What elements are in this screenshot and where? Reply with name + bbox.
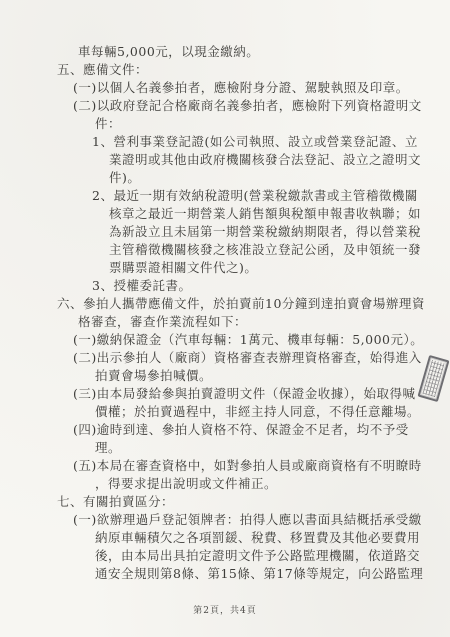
text-line: 納原車輛積欠之各項罰鍰、稅費、移置費及其他必要費用 — [0, 529, 450, 547]
text-line: (二)以政府登記合格廠商名義參拍者，應檢附下列資格證明文 — [0, 97, 450, 115]
text-line: (一)欲辦理過戶登記領牌者：拍得人應以書面具結概括承受繳 — [0, 511, 450, 529]
document-body: 車每輛5,000元，以現金繳納。 五、應備文件： (一)以個人名義參拍者，應檢附… — [0, 43, 450, 583]
text-line: 七、有關拍賣區分： — [0, 493, 450, 511]
text-line: (五)本局在審查資格中，如對參拍人員或廠商資格有不明瞭時 — [0, 457, 450, 475]
text-line: 業證明或其他由政府機關核發合法登記、設立之證明文 — [0, 151, 450, 169]
text-line: 拍賣會場參拍喊價。 — [0, 367, 450, 385]
text-line: (四)逾時到達、參拍人資格不符、保證金不足者，均不予受 — [0, 421, 450, 439]
text-line: 車每輛5,000元，以現金繳納。 — [0, 43, 450, 61]
text-line: (一)繳納保證金（汽車每輛：1萬元、機車每輛：5,000元）。 — [0, 331, 450, 349]
document-page: 車每輛5,000元，以現金繳納。 五、應備文件： (一)以個人名義參拍者，應檢附… — [0, 0, 450, 637]
text-line: 通安全規則第8條、第15條、第17條等規定，向公路監理 — [0, 565, 450, 583]
text-line: 3、授權委託書。 — [0, 277, 450, 295]
text-line: 理。 — [0, 439, 450, 457]
text-line: 主管稽徵機關核發之核准設立登記公函，及申領統一發 — [0, 241, 450, 259]
text-line: 為新設立且未屆第一期營業稅繳納期限者，得以營業稅 — [0, 223, 450, 241]
text-line: 件)。 — [0, 169, 450, 187]
text-line: 後，由本局出具拍定證明文件予公路監理機關，依道路交 — [0, 547, 450, 565]
page-number: 第2頁，共4頁 — [0, 603, 450, 616]
text-line: (一)以個人名義參拍者，應檢附身分證、駕駛執照及印章。 — [0, 79, 450, 97]
text-line: 六、參拍人攜帶應備文件，於拍賣前10分鐘到達拍賣會場辦理資 — [0, 295, 450, 313]
text-line: (三)由本局發給參與拍賣證明文件（保證金收據），始取得喊 — [0, 385, 450, 403]
text-line: 價權；於拍賣過程中，非經主持人同意，不得任意離場。 — [0, 403, 450, 421]
text-line: (二)出示參拍人（廠商）資格審查表辦理資格審查，始得進入 — [0, 349, 450, 367]
text-line: 五、應備文件： — [0, 61, 450, 79]
text-line: 件： — [0, 115, 450, 133]
text-line: 核章之最近一期營業人銷售額與稅額申報書收執聯；如 — [0, 205, 450, 223]
text-line: 2、最近一期有效納稅證明(營業稅繳款書或主管稽徵機關 — [0, 187, 450, 205]
text-line: 票購票證相關文件代之)。 — [0, 259, 450, 277]
text-line: 1、營利事業登記證(如公司執照、設立或營業登記證、立 — [0, 133, 450, 151]
text-line: ，得要求提出說明或文件補正。 — [0, 475, 450, 493]
text-line: 格審查，審查作業流程如下： — [0, 313, 450, 331]
